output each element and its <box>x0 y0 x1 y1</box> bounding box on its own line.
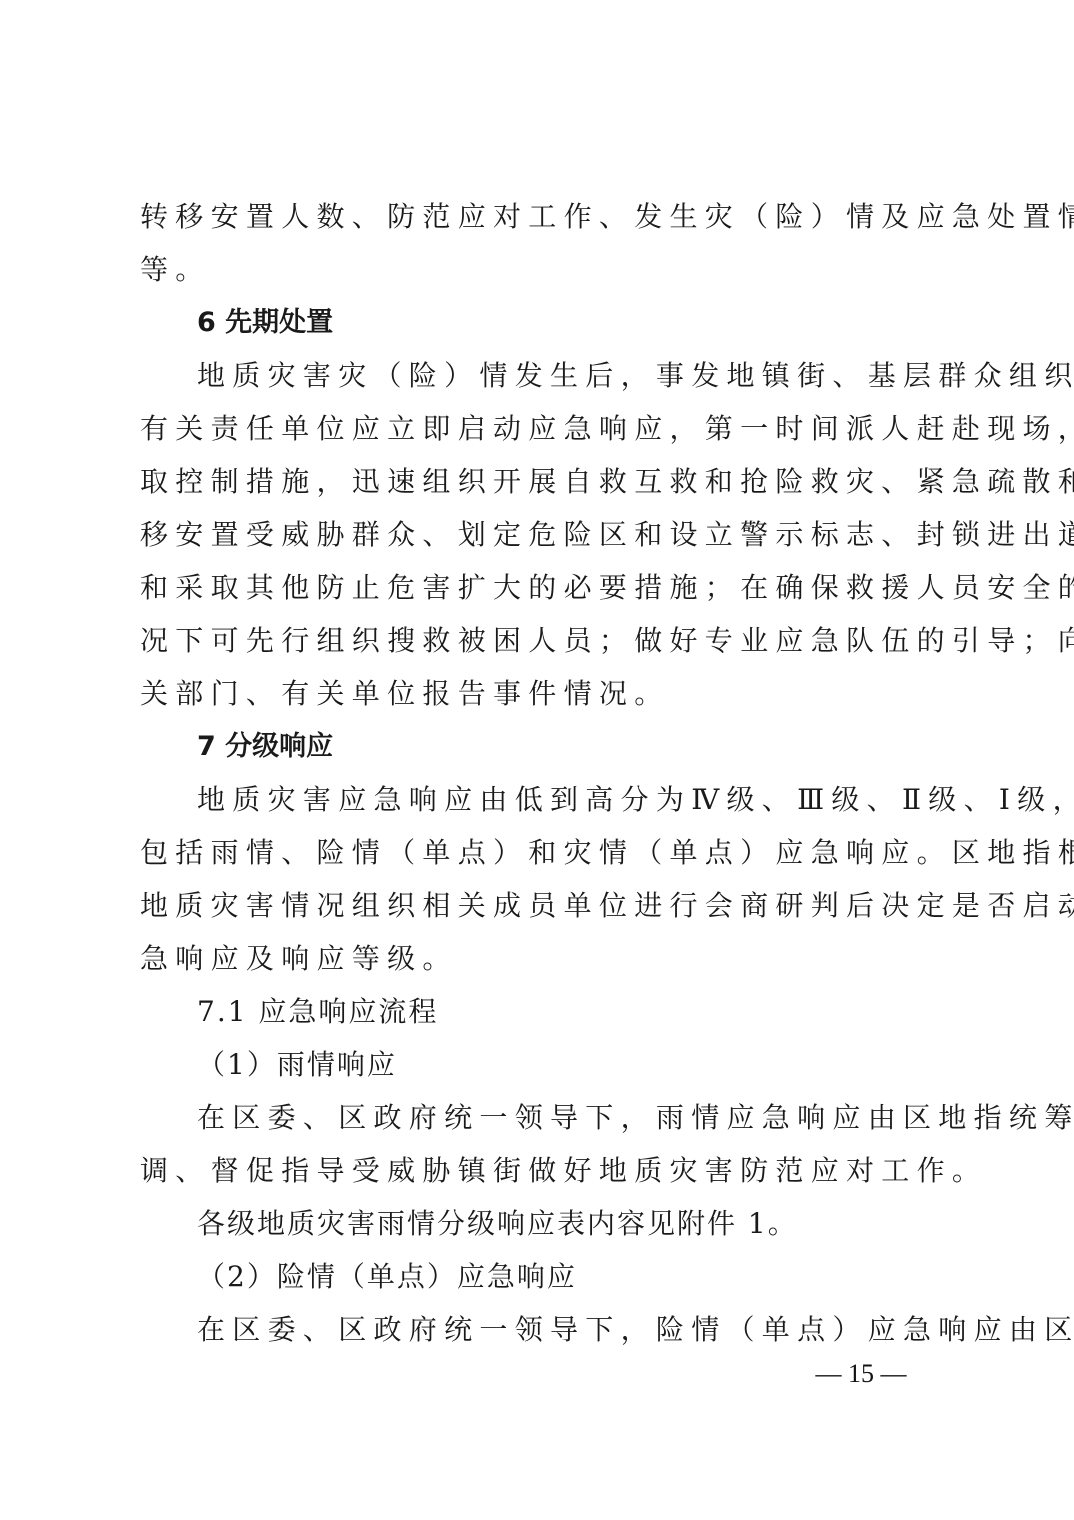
page-number: — 15 — <box>806 1357 916 1391</box>
paragraph-line: 急响应及响应等级。 <box>140 932 940 985</box>
paragraph-line: 移安置受威胁群众、划定危险区和设立警示标志、封锁进出道路 <box>140 508 940 561</box>
paragraph-line: 包括雨情、险情（单点）和灾情（单点）应急响应。区地指根据 <box>140 826 940 879</box>
document-page: 转移安置人数、防范应对工作、发生灾（险）情及应急处置情况 等。 6 先期处置 地… <box>0 0 1074 1520</box>
paragraph-line: 况下可先行组织搜救被困人员；做好专业应急队伍的引导；向有 <box>140 614 940 667</box>
paragraph-line: 有关责任单位应立即启动应急响应，第一时间派人赶赴现场，采 <box>140 402 940 455</box>
paragraph-line: 在区委、区政府统一领导下，雨情应急响应由区地指统筹协 <box>197 1091 940 1144</box>
paragraph-line: 取控制措施，迅速组织开展自救互救和抢险救灾、紧急疏散和转 <box>140 455 940 508</box>
section-heading-6: 6 先期处置 <box>197 296 940 349</box>
paragraph-line: 和采取其他防止危害扩大的必要措施；在确保救援人员安全的情 <box>140 561 940 614</box>
paragraph-line: 调、督促指导受威胁镇街做好地质灾害防范应对工作。 <box>140 1144 940 1197</box>
list-item-heading-1: （1）雨情响应 <box>197 1038 940 1091</box>
paragraph-line: 地质灾害情况组织相关成员单位进行会商研判后决定是否启动应 <box>140 879 940 932</box>
paragraph-line: 关部门、有关单位报告事件情况。 <box>140 667 940 720</box>
paragraph-line: 在区委、区政府统一领导下，险情（单点）应急响应由区规 <box>197 1303 940 1356</box>
paragraph-line: 等。 <box>140 243 940 296</box>
list-item-heading-2: （2）险情（单点）应急响应 <box>197 1250 940 1303</box>
paragraph-line: 转移安置人数、防范应对工作、发生灾（险）情及应急处置情况 <box>140 190 940 243</box>
paragraph-line: 地质灾害应急响应由低到高分为Ⅳ级、Ⅲ级、Ⅱ级、Ⅰ级， <box>197 773 940 826</box>
subsection-heading-7-1: 7.1 应急响应流程 <box>197 985 940 1038</box>
paragraph-line: 各级地质灾害雨情分级响应表内容见附件 1。 <box>197 1197 940 1250</box>
paragraph-line: 地质灾害灾（险）情发生后，事发地镇街、基层群众组织及 <box>197 349 940 402</box>
section-heading-7: 7 分级响应 <box>197 720 940 773</box>
